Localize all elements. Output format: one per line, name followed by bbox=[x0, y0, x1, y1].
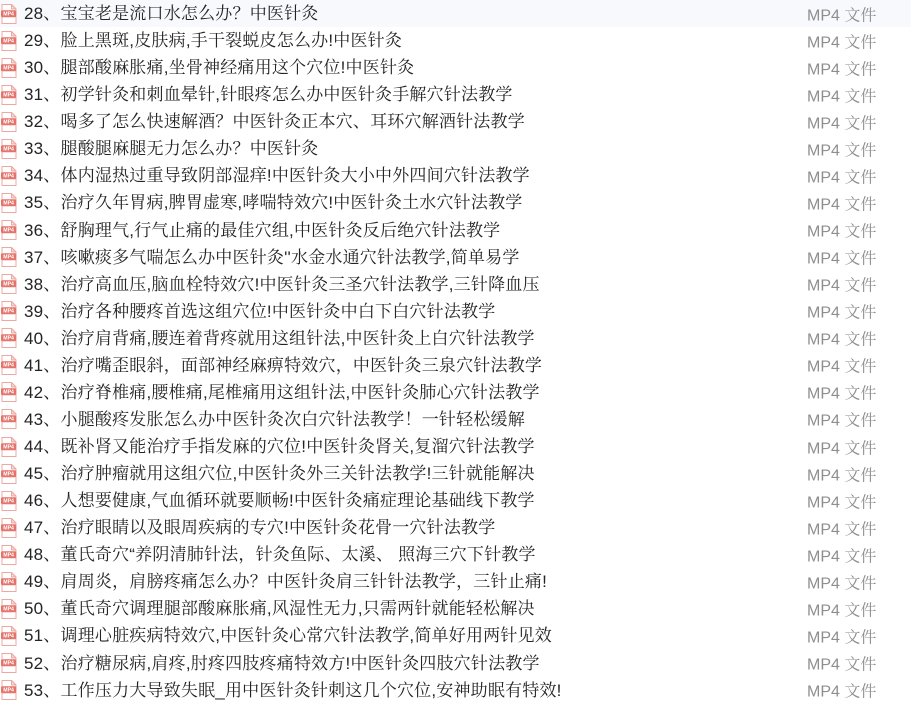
file-row[interactable]: MP4 29、脸上黑斑,皮肤病,手干裂蜕皮怎么办!中医针灸 MP4 文件 bbox=[0, 27, 911, 54]
mp4-badge-text: MP4 bbox=[3, 309, 14, 315]
file-title[interactable]: 51、调理心脏疾病特效穴,中医针灸心常穴针法教学,简单好用两针见效 bbox=[24, 627, 552, 644]
file-row[interactable]: MP4 40、治疗肩背痛,腰连着背疼就用这组针法,中医针灸上白穴针法教学 MP4… bbox=[0, 325, 911, 352]
file-row[interactable]: MP4 45、治疗肿瘤就用这组穴位,中医针灸外三关针法教学!三针就能解决 MP4… bbox=[0, 460, 911, 487]
mp4-badge-text: MP4 bbox=[3, 65, 14, 71]
file-title[interactable]: 45、治疗肿瘤就用这组穴位,中医针灸外三关针法教学!三针就能解决 bbox=[24, 465, 535, 482]
file-row[interactable]: MP4 34、体内湿热过重导致阴部湿痒!中医针灸大小中外四间穴针法教学 MP4 … bbox=[0, 162, 911, 189]
file-type-label: MP4 文件 bbox=[807, 462, 876, 485]
mp4-file-icon: MP4 bbox=[1, 382, 17, 402]
mp4-badge-text: MP4 bbox=[3, 552, 14, 558]
mp4-badge-text: MP4 bbox=[3, 417, 14, 423]
file-title[interactable]: 34、体内湿热过重导致阴部湿痒!中医针灸大小中外四间穴针法教学 bbox=[24, 167, 530, 184]
file-type-label: MP4 文件 bbox=[807, 273, 876, 296]
file-type-label: MP4 文件 bbox=[807, 83, 876, 106]
mp4-badge-text: MP4 bbox=[3, 282, 14, 288]
file-title[interactable]: 43、小腿酸疼发胀怎么办中医针灸次白穴针法教学！一针轻松缓解 bbox=[24, 411, 525, 428]
mp4-file-icon: MP4 bbox=[1, 653, 17, 673]
file-title[interactable]: 37、咳嗽痰多气喘怎么办中医针灸''水金水通穴针法教学,简单易学 bbox=[24, 249, 520, 266]
file-type-label: MP4 文件 bbox=[807, 435, 876, 458]
file-row[interactable]: MP4 37、咳嗽痰多气喘怎么办中医针灸''水金水通穴针法教学,简单易学 MP4… bbox=[0, 244, 911, 271]
file-type-label: MP4 文件 bbox=[807, 516, 876, 539]
file-row[interactable]: MP4 38、治疗高血压,脑血栓特效穴!中医针灸三圣穴针法教学,三针降血压 MP… bbox=[0, 271, 911, 298]
mp4-file-icon: MP4 bbox=[1, 58, 17, 78]
file-type-label: MP4 文件 bbox=[807, 679, 876, 702]
file-title[interactable]: 47、治疗眼睛以及眼周疾病的专穴!中医针灸花骨一穴针法教学 bbox=[24, 519, 495, 536]
file-type-label: MP4 文件 bbox=[807, 219, 876, 242]
file-title[interactable]: 46、人想要健康,气血循环就要顺畅!中医针灸痛症理论基础线下教学 bbox=[24, 492, 535, 509]
file-type-label: MP4 文件 bbox=[807, 543, 876, 566]
file-type-label: MP4 文件 bbox=[807, 652, 876, 675]
file-row[interactable]: MP4 48、董氏奇穴“养阴清肺针法，针灸鱼际、太溪、 照海三穴下针教学 MP4… bbox=[0, 541, 911, 568]
file-type-label: MP4 文件 bbox=[807, 570, 876, 593]
mp4-badge-text: MP4 bbox=[3, 119, 14, 125]
file-type-label: MP4 文件 bbox=[807, 408, 876, 431]
file-type-label: MP4 文件 bbox=[807, 164, 876, 187]
mp4-badge-text: MP4 bbox=[3, 688, 14, 694]
mp4-badge-text: MP4 bbox=[3, 92, 14, 98]
file-title[interactable]: 31、初学针灸和刺血晕针,针眼疼怎么办中医针灸手解穴针法教学 bbox=[24, 86, 513, 103]
file-type-label: MP4 文件 bbox=[807, 327, 876, 350]
file-type-label: MP4 文件 bbox=[807, 354, 876, 377]
file-type-label: MP4 文件 bbox=[807, 110, 876, 133]
file-type-label: MP4 文件 bbox=[807, 489, 876, 512]
mp4-badge-text: MP4 bbox=[3, 634, 14, 640]
file-type-label: MP4 文件 bbox=[807, 381, 876, 404]
file-type-label: MP4 文件 bbox=[807, 597, 876, 620]
file-title[interactable]: 32、喝多了怎么快速解酒？中医针灸正本穴、耳环穴解酒针法教学 bbox=[24, 113, 525, 130]
mp4-file-icon: MP4 bbox=[1, 193, 17, 213]
mp4-badge-text: MP4 bbox=[3, 201, 14, 207]
file-row[interactable]: MP4 43、小腿酸疼发胀怎么办中医针灸次白穴针法教学！一针轻松缓解 MP4 文… bbox=[0, 406, 911, 433]
mp4-file-icon: MP4 bbox=[1, 4, 17, 24]
mp4-badge-text: MP4 bbox=[3, 146, 14, 152]
mp4-file-icon: MP4 bbox=[1, 491, 17, 511]
mp4-file-icon: MP4 bbox=[1, 518, 17, 538]
file-type-label: MP4 文件 bbox=[807, 246, 876, 269]
file-type-label: MP4 文件 bbox=[807, 29, 876, 52]
mp4-file-icon: MP4 bbox=[1, 437, 17, 457]
file-title[interactable]: 30、腿部酸麻胀痛,坐骨神经痛用这个穴位!中医针灸 bbox=[24, 59, 414, 76]
file-title[interactable]: 35、治疗久年胃病,脾胃虚寒,哮喘特效穴!中医针灸土水穴针法教学 bbox=[24, 194, 522, 211]
file-row[interactable]: MP4 41、治疗嘴歪眼斜，面部神经麻痹特效穴，中医针灸三泉穴针法教学 MP4 … bbox=[0, 352, 911, 379]
mp4-badge-text: MP4 bbox=[3, 498, 14, 504]
mp4-file-icon: MP4 bbox=[1, 112, 17, 132]
file-row[interactable]: MP4 35、治疗久年胃病,脾胃虚寒,哮喘特效穴!中医针灸土水穴针法教学 MP4… bbox=[0, 189, 911, 216]
mp4-badge-text: MP4 bbox=[3, 525, 14, 531]
file-title[interactable]: 42、治疗脊椎痛,腰椎痛,尾椎痛用这组针法,中医针灸肺心穴针法教学 bbox=[24, 384, 540, 401]
mp4-file-icon: MP4 bbox=[1, 31, 17, 51]
mp4-badge-text: MP4 bbox=[3, 390, 14, 396]
mp4-file-icon: MP4 bbox=[1, 301, 17, 321]
mp4-badge-text: MP4 bbox=[3, 11, 14, 17]
file-type-label: MP4 文件 bbox=[807, 300, 876, 323]
file-row[interactable]: MP4 50、董氏奇穴调理腿部酸麻胀痛,风湿性无力,只需两针就能轻松解决 MP4… bbox=[0, 595, 911, 622]
file-row[interactable]: MP4 36、舒胸理气,行气止痛的最佳穴组,中医针灸反后绝穴针法教学 MP4 文… bbox=[0, 217, 911, 244]
mp4-file-icon: MP4 bbox=[1, 680, 17, 700]
file-row[interactable]: MP4 46、人想要健康,气血循环就要顺畅!中医针灸痛症理论基础线下教学 MP4… bbox=[0, 487, 911, 514]
file-row[interactable]: MP4 32、喝多了怎么快速解酒？中医针灸正本穴、耳环穴解酒针法教学 MP4 文… bbox=[0, 108, 911, 135]
mp4-badge-text: MP4 bbox=[3, 336, 14, 342]
file-title[interactable]: 33、腿酸腿麻腿无力怎么办？中医针灸 bbox=[24, 140, 319, 157]
mp4-file-icon: MP4 bbox=[1, 247, 17, 267]
file-title[interactable]: 36、舒胸理气,行气止痛的最佳穴组,中医针灸反后绝穴针法教学 bbox=[24, 222, 500, 239]
file-row[interactable]: MP4 42、治疗脊椎痛,腰椎痛,尾椎痛用这组针法,中医针灸肺心穴针法教学 MP… bbox=[0, 379, 911, 406]
mp4-file-icon: MP4 bbox=[1, 464, 17, 484]
file-type-label: MP4 文件 bbox=[807, 56, 876, 79]
file-row[interactable]: MP4 44、既补肾又能治疗手指发麻的穴位!中医针灸肾关,复溜穴针法教学 MP4… bbox=[0, 433, 911, 460]
file-row[interactable]: MP4 47、治疗眼睛以及眼周疾病的专穴!中医针灸花骨一穴针法教学 MP4 文件 bbox=[0, 514, 911, 541]
file-title[interactable]: 28、宝宝老是流口水怎么办？中医针灸 bbox=[24, 5, 319, 22]
file-title[interactable]: 41、治疗嘴歪眼斜，面部神经麻痹特效穴，中医针灸三泉穴针法教学 bbox=[24, 357, 542, 374]
mp4-badge-text: MP4 bbox=[3, 174, 14, 180]
mp4-file-icon: MP4 bbox=[1, 572, 17, 592]
file-title[interactable]: 40、治疗肩背痛,腰连着背疼就用这组针法,中医针灸上白穴针法教学 bbox=[24, 330, 535, 347]
file-title[interactable]: 50、董氏奇穴调理腿部酸麻胀痛,风湿性无力,只需两针就能轻松解决 bbox=[24, 600, 535, 617]
mp4-file-icon: MP4 bbox=[1, 274, 17, 294]
mp4-file-icon: MP4 bbox=[1, 139, 17, 159]
mp4-badge-text: MP4 bbox=[3, 471, 14, 477]
mp4-badge-text: MP4 bbox=[3, 255, 14, 261]
mp4-file-icon: MP4 bbox=[1, 409, 17, 429]
mp4-file-icon: MP4 bbox=[1, 599, 17, 619]
file-row[interactable]: MP4 28、宝宝老是流口水怎么办？中医针灸 MP4 文件 bbox=[0, 0, 911, 27]
mp4-file-icon: MP4 bbox=[1, 626, 17, 646]
file-title[interactable]: 39、治疗各种腰疼首选这组穴位!中医针灸中白下白穴针法教学 bbox=[24, 303, 495, 320]
file-type-label: MP4 文件 bbox=[807, 137, 876, 160]
mp4-badge-text: MP4 bbox=[3, 607, 14, 613]
file-row[interactable]: MP4 39、治疗各种腰疼首选这组穴位!中医针灸中白下白穴针法教学 MP4 文件 bbox=[0, 298, 911, 325]
mp4-file-icon: MP4 bbox=[1, 85, 17, 105]
file-row[interactable]: MP4 31、初学针灸和刺血晕针,针眼疼怎么办中医针灸手解穴针法教学 MP4 文… bbox=[0, 81, 911, 108]
file-row[interactable]: MP4 52、治疗糖尿病,肩疼,肘疼四肢疼痛特效方!中医针灸四肢穴针法教学 MP… bbox=[0, 650, 911, 677]
mp4-badge-text: MP4 bbox=[3, 228, 14, 234]
file-list: MP4 28、宝宝老是流口水怎么办？中医针灸 MP4 文件 MP4 29、脸上黑… bbox=[0, 0, 911, 704]
mp4-badge-text: MP4 bbox=[3, 363, 14, 369]
file-row[interactable]: MP4 53、工作压力大导致失眠_用中医针灸针刺这几个穴位,安神助眠有特效! M… bbox=[0, 677, 911, 704]
file-title[interactable]: 38、治疗高血压,脑血栓特效穴!中医针灸三圣穴针法教学,三针降血压 bbox=[24, 276, 540, 293]
mp4-badge-text: MP4 bbox=[3, 661, 14, 667]
file-row[interactable]: MP4 33、腿酸腿麻腿无力怎么办？中医针灸 MP4 文件 bbox=[0, 135, 911, 162]
file-type-label: MP4 文件 bbox=[807, 191, 876, 214]
mp4-file-icon: MP4 bbox=[1, 355, 17, 375]
file-title[interactable]: 49、肩周炎，肩膀疼痛怎么办？中医针灸肩三针针法教学，三针止痛! bbox=[24, 573, 547, 590]
file-title[interactable]: 44、既补肾又能治疗手指发麻的穴位!中医针灸肾关,复溜穴针法教学 bbox=[24, 438, 535, 455]
file-row[interactable]: MP4 49、肩周炎，肩膀疼痛怎么办？中医针灸肩三针针法教学，三针止痛! MP4… bbox=[0, 568, 911, 595]
file-type-label: MP4 文件 bbox=[807, 2, 876, 25]
mp4-badge-text: MP4 bbox=[3, 444, 14, 450]
mp4-file-icon: MP4 bbox=[1, 220, 17, 240]
mp4-badge-text: MP4 bbox=[3, 579, 14, 585]
file-type-label: MP4 文件 bbox=[807, 624, 876, 647]
file-title[interactable]: 52、治疗糖尿病,肩疼,肘疼四肢疼痛特效方!中医针灸四肢穴针法教学 bbox=[24, 655, 540, 672]
file-row[interactable]: MP4 30、腿部酸麻胀痛,坐骨神经痛用这个穴位!中医针灸 MP4 文件 bbox=[0, 54, 911, 81]
file-title[interactable]: 48、董氏奇穴“养阴清肺针法，针灸鱼际、太溪、 照海三穴下针教学 bbox=[24, 546, 536, 563]
mp4-file-icon: MP4 bbox=[1, 545, 17, 565]
mp4-file-icon: MP4 bbox=[1, 166, 17, 186]
mp4-file-icon: MP4 bbox=[1, 328, 17, 348]
mp4-badge-text: MP4 bbox=[3, 38, 14, 44]
file-title[interactable]: 53、工作压力大导致失眠_用中医针灸针刺这几个穴位,安神助眠有特效! bbox=[24, 682, 562, 699]
file-row[interactable]: MP4 51、调理心脏疾病特效穴,中医针灸心常穴针法教学,简单好用两针见效 MP… bbox=[0, 622, 911, 649]
file-title[interactable]: 29、脸上黑斑,皮肤病,手干裂蜕皮怎么办!中医针灸 bbox=[24, 32, 402, 49]
